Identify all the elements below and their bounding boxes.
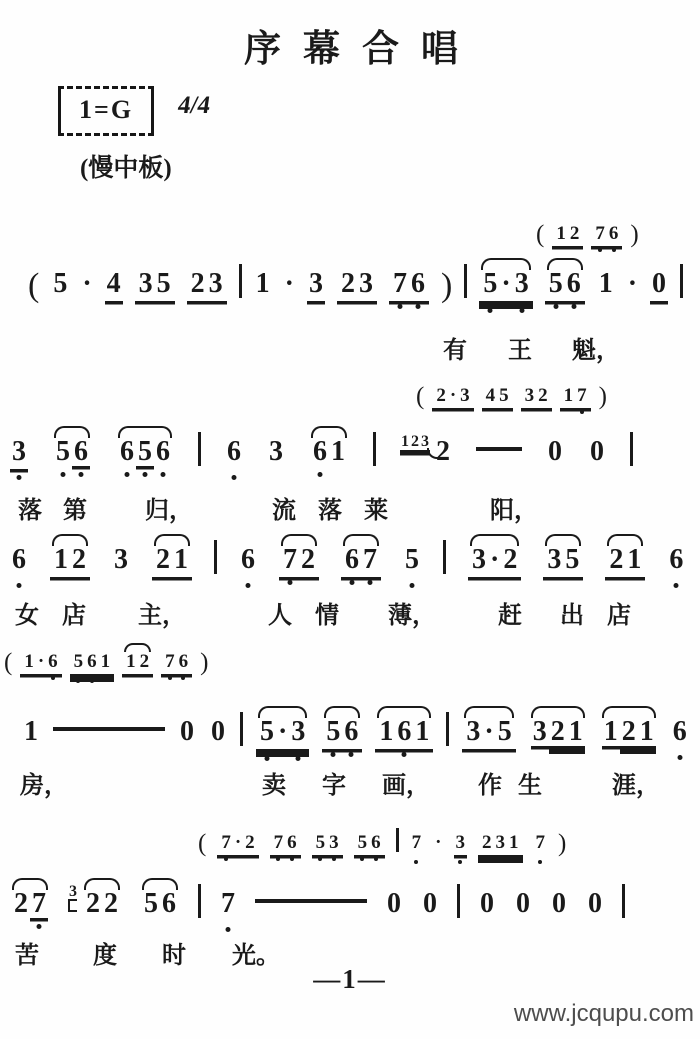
note: 6 [311, 437, 329, 466]
lyric-syllable: 店 [62, 595, 86, 630]
note: 2 [568, 223, 582, 243]
slur-group: 22 [82, 889, 122, 921]
note: 1 [52, 545, 70, 574]
beam-group: 76 [389, 269, 429, 301]
slur-group: 56 [140, 889, 180, 921]
beam-group: 32 [521, 385, 552, 408]
lyric-syllable: 女 [15, 595, 39, 630]
rest-note: 0 [209, 717, 227, 749]
note: 5 [142, 889, 160, 918]
note: 5 [481, 269, 499, 298]
note: 2 [102, 889, 120, 918]
slur-group: 21 [152, 545, 192, 577]
barline [680, 264, 683, 298]
music-notation: 1005·3561613·53211216 [22, 712, 700, 749]
barline [443, 540, 446, 574]
key-signature-box: 1=G [58, 86, 154, 136]
beam-group: 561 [70, 651, 115, 674]
lyrics-line: 女店主，人情薄，赶出店 [0, 595, 700, 629]
note: 2 [84, 889, 102, 918]
beam-group: 7·2 [217, 832, 258, 855]
note: 5 [258, 717, 276, 746]
rest-note: 0 [478, 889, 496, 921]
rest-note: 0 [514, 889, 532, 921]
rest-note: 0 [588, 437, 606, 469]
slur-group: 121 [600, 717, 658, 749]
note: 6 [225, 437, 243, 469]
lyrics-line: 房，卖字画，作生涯， [0, 765, 700, 799]
beam-group: 76 [270, 832, 301, 855]
lyric-syllable: 莱 [364, 490, 388, 525]
tempo-marking: (慢中板) [80, 148, 172, 184]
note: 2 [501, 545, 519, 574]
note: 5 [155, 269, 173, 298]
barline [464, 264, 467, 298]
duration-dash [255, 899, 367, 903]
note: 5 [356, 832, 370, 852]
time-signature: 4/4 [176, 92, 212, 120]
slur-group: 61 [309, 437, 349, 469]
barline [373, 432, 376, 466]
note: 6 [285, 832, 299, 852]
slur-group: 27 [10, 889, 50, 921]
note: 5 [403, 545, 421, 577]
note: 1 [562, 385, 576, 405]
rest-note: 0 [421, 889, 439, 921]
parenthesis: ( [28, 269, 39, 303]
note: 1 [22, 651, 36, 671]
slur-group: 656 [116, 437, 174, 469]
barline [198, 432, 201, 466]
note: 6 [565, 269, 583, 298]
beam-group: 23 [337, 269, 377, 301]
note: 3 [545, 545, 563, 574]
lyric-syllable: 主， [138, 595, 186, 630]
note: 6 [154, 437, 172, 466]
note: 7 [534, 832, 548, 855]
note: 7 [391, 269, 409, 298]
note: 1 [638, 717, 656, 746]
note: 3 [289, 717, 307, 746]
note: 2 [434, 385, 448, 405]
note: 5 [54, 437, 72, 466]
note: 6 [10, 545, 28, 577]
note: 2 [607, 545, 625, 574]
note: 3 [68, 884, 78, 900]
augmentation-dot: · [499, 269, 512, 298]
slur-group: 21 [605, 545, 645, 577]
slur-group: 56 [322, 717, 362, 749]
note: 2 [299, 545, 317, 574]
note: 1 [377, 717, 395, 746]
note: 3 [267, 437, 285, 469]
note: 6 [177, 651, 191, 671]
note: 5 [314, 832, 328, 852]
ornament-notes: (2·3453217) [416, 384, 615, 409]
lyric-syllable: 赶 [498, 595, 522, 630]
note: 1 [22, 717, 40, 749]
parenthesis: ) [630, 222, 638, 247]
note: 7 [593, 223, 607, 243]
note: 2 [620, 717, 638, 746]
note: 2 [434, 437, 452, 469]
note: 5 [497, 385, 511, 405]
note: 1 [413, 717, 431, 746]
beam-group: 45 [482, 385, 513, 408]
lyric-syllable: 落 [18, 490, 42, 525]
note: 4 [484, 385, 498, 405]
slur-group: 161 [375, 717, 433, 749]
note: 1 [597, 269, 615, 301]
note: 2 [70, 545, 88, 574]
beam-group: 17 [560, 385, 591, 408]
lyric-syllable: 卖 [262, 765, 286, 800]
lyric-syllable: 涯， [612, 765, 660, 800]
note: 1 [602, 717, 620, 746]
music-notation: (5·435231·32376)5·3561·0 [28, 264, 695, 303]
parenthesis: ) [200, 650, 208, 675]
note: 3 [513, 269, 531, 298]
barline [240, 712, 243, 746]
rest-note: 0 [546, 437, 564, 469]
parenthesis: ) [441, 269, 452, 303]
slur-group: 67 [341, 545, 381, 577]
note: 1 [124, 651, 138, 671]
ornament-notes: (1276) [536, 222, 647, 247]
note: 3 [454, 832, 468, 855]
slur-group: 72 [279, 545, 319, 577]
barline [630, 432, 633, 466]
note: 7 [410, 832, 424, 855]
lyrics-line: 落第归，流落莱阳， [0, 490, 700, 524]
parenthesis: ( [416, 384, 424, 409]
beam-group: 56 [354, 832, 385, 855]
augmentation-dot: · [488, 545, 501, 574]
barline [622, 884, 625, 918]
note: 4 [105, 269, 123, 301]
barline [446, 712, 449, 746]
note: 2 [154, 545, 172, 574]
note: 6 [239, 545, 257, 577]
lyric-syllable: 流 [272, 490, 296, 525]
augmentation-dot: · [482, 717, 495, 746]
slur-group: 56 [545, 269, 585, 301]
barline [396, 828, 399, 852]
note: 2 [339, 269, 357, 298]
note: 6 [85, 651, 99, 671]
beam-group: 76 [161, 651, 192, 674]
note: 7 [219, 832, 233, 852]
lyric-syllable: 出 [560, 595, 584, 630]
slur-group: 12 [122, 651, 153, 674]
note: 3 [523, 385, 537, 405]
note: 3 [112, 545, 130, 577]
augmentation-dot: · [276, 717, 289, 746]
note: 3 [531, 717, 549, 746]
note: 3 [10, 437, 28, 469]
parenthesis: ( [198, 831, 206, 856]
augmentation-dot: · [627, 269, 638, 301]
augmentation-dot: · [448, 385, 458, 405]
note: 1 [99, 651, 113, 671]
note: 3 [137, 269, 155, 298]
note: 5 [51, 269, 69, 301]
grace-notes: 123 [400, 434, 430, 450]
slur-group: 5·3 [256, 717, 309, 749]
slur-group: 12 [50, 545, 90, 577]
beam-group: 53 [312, 832, 343, 855]
note: 1 [507, 832, 521, 852]
duration-dash [53, 727, 165, 731]
barline [214, 540, 217, 574]
note: 5 [136, 437, 154, 466]
augmentation-dot: · [233, 832, 243, 852]
ornament-notes: (1·65611276) [4, 650, 217, 675]
lyric-syllable: 薄， [388, 595, 436, 630]
note: 6 [72, 437, 90, 466]
note: 2 [536, 385, 550, 405]
note: 3 [327, 832, 341, 852]
lyric-syllable: 有 [443, 330, 467, 365]
slur-group: 35 [543, 545, 583, 577]
lyric-syllable: 阳， [490, 490, 538, 525]
note: 7 [281, 545, 299, 574]
beam-group: 12 [552, 223, 583, 246]
lyric-syllable: 字 [322, 765, 346, 800]
note: 2 [243, 832, 257, 852]
slur-group: 3·5 [462, 717, 515, 749]
note: 3 [458, 385, 472, 405]
note: 6 [395, 717, 413, 746]
note: 1 [329, 437, 347, 466]
note: 3 [470, 545, 488, 574]
music-notation: 6123216726753·235216 [10, 540, 700, 577]
note: 5 [563, 545, 581, 574]
lyric-syllable: 情 [315, 595, 339, 630]
note: 5 [72, 651, 86, 671]
watermark: www.jcqupu.com [514, 1000, 694, 1028]
key-signature: 1=G [79, 95, 133, 124]
sheet-music-page: 序幕合唱 1=G 4/4 (慢中板) (1276)(5·435231·32376… [0, 0, 700, 1039]
note: 2 [480, 832, 494, 852]
lyric-syllable: 第 [63, 490, 87, 525]
lyric-syllable: 人 [268, 595, 292, 630]
note: 3 [464, 717, 482, 746]
note: 3 [307, 269, 325, 301]
note: 3 [357, 269, 375, 298]
note: 6 [343, 545, 361, 574]
note: 6 [118, 437, 136, 466]
grace-notes: 3 [68, 884, 78, 900]
parenthesis: ( [4, 650, 12, 675]
note: 5 [547, 269, 565, 298]
note: 2 [410, 434, 420, 450]
note: 6 [607, 223, 621, 243]
note: 7 [361, 545, 379, 574]
note: 2 [138, 651, 152, 671]
note: 2 [549, 717, 567, 746]
barline [198, 884, 201, 918]
note: 6 [369, 832, 383, 852]
duration-dash [476, 447, 522, 451]
note: 7 [163, 651, 177, 671]
beam-group: 231 [478, 832, 523, 855]
note: 6 [46, 651, 60, 671]
lyric-syllable: 魁， [572, 330, 620, 365]
ornament-notes: (7·27653567·32317) [198, 828, 577, 856]
beam-group: 76 [591, 223, 622, 246]
note: 5 [324, 717, 342, 746]
lyric-syllable: 生 [518, 765, 542, 800]
lyric-syllable: 王 [508, 330, 532, 365]
parenthesis: ) [599, 384, 607, 409]
rest-note: 0 [385, 889, 403, 921]
note: 1 [625, 545, 643, 574]
augmentation-dot: · [434, 832, 442, 855]
note: 7 [272, 832, 286, 852]
note: 2 [189, 269, 207, 298]
note: 6 [671, 717, 689, 749]
beam-group: 35 [135, 269, 175, 301]
note: 6 [342, 717, 360, 746]
note: 1 [254, 269, 272, 301]
note: 6 [667, 545, 685, 577]
note: 1 [554, 223, 568, 243]
lyric-syllable: 房， [20, 765, 68, 800]
beam-group: 1·6 [20, 651, 61, 674]
music-notation: 27322567000000 [10, 884, 643, 921]
barline [457, 884, 460, 918]
augmentation-dot: · [284, 269, 295, 301]
rest-note: 0 [586, 889, 604, 921]
note: 7 [30, 889, 48, 918]
lyric-syllable: 落 [318, 490, 342, 525]
lyrics-line: 有王魁， [0, 330, 700, 364]
slur-group: 321 [529, 717, 587, 749]
page-number: —1— [0, 964, 700, 995]
lyric-syllable: 店 [607, 595, 631, 630]
beam-group: 23 [187, 269, 227, 301]
note: 7 [219, 889, 237, 921]
note: 6 [160, 889, 178, 918]
barline [239, 264, 242, 298]
slur-group: 5·3 [479, 269, 532, 301]
lyric-syllable: 作 [478, 765, 502, 800]
slur-group: 3·2 [468, 545, 521, 577]
note: 5 [496, 717, 514, 746]
beam-group: 2·3 [432, 385, 473, 408]
rest-note: 0 [650, 269, 668, 301]
page-title: 序幕合唱 [0, 18, 700, 72]
rest-note: 0 [550, 889, 568, 921]
slur-group: 56 [52, 437, 92, 469]
note: 6 [409, 269, 427, 298]
note: 7 [575, 385, 589, 405]
parenthesis: ( [536, 222, 544, 247]
rest-note: 0 [178, 717, 196, 749]
note: 3 [420, 434, 430, 450]
note: 1 [400, 434, 410, 450]
note: 2 [12, 889, 30, 918]
note: 1 [172, 545, 190, 574]
parenthesis: ) [558, 831, 566, 856]
note: 1 [567, 717, 585, 746]
augmentation-dot: · [36, 651, 46, 671]
note: 3 [207, 269, 225, 298]
augmentation-dot: · [81, 269, 92, 301]
note: 3 [494, 832, 508, 852]
lyric-syllable: 归， [145, 490, 193, 525]
music-notation: 3566566361123200 [10, 432, 657, 469]
lyric-syllable: 画， [382, 765, 430, 800]
